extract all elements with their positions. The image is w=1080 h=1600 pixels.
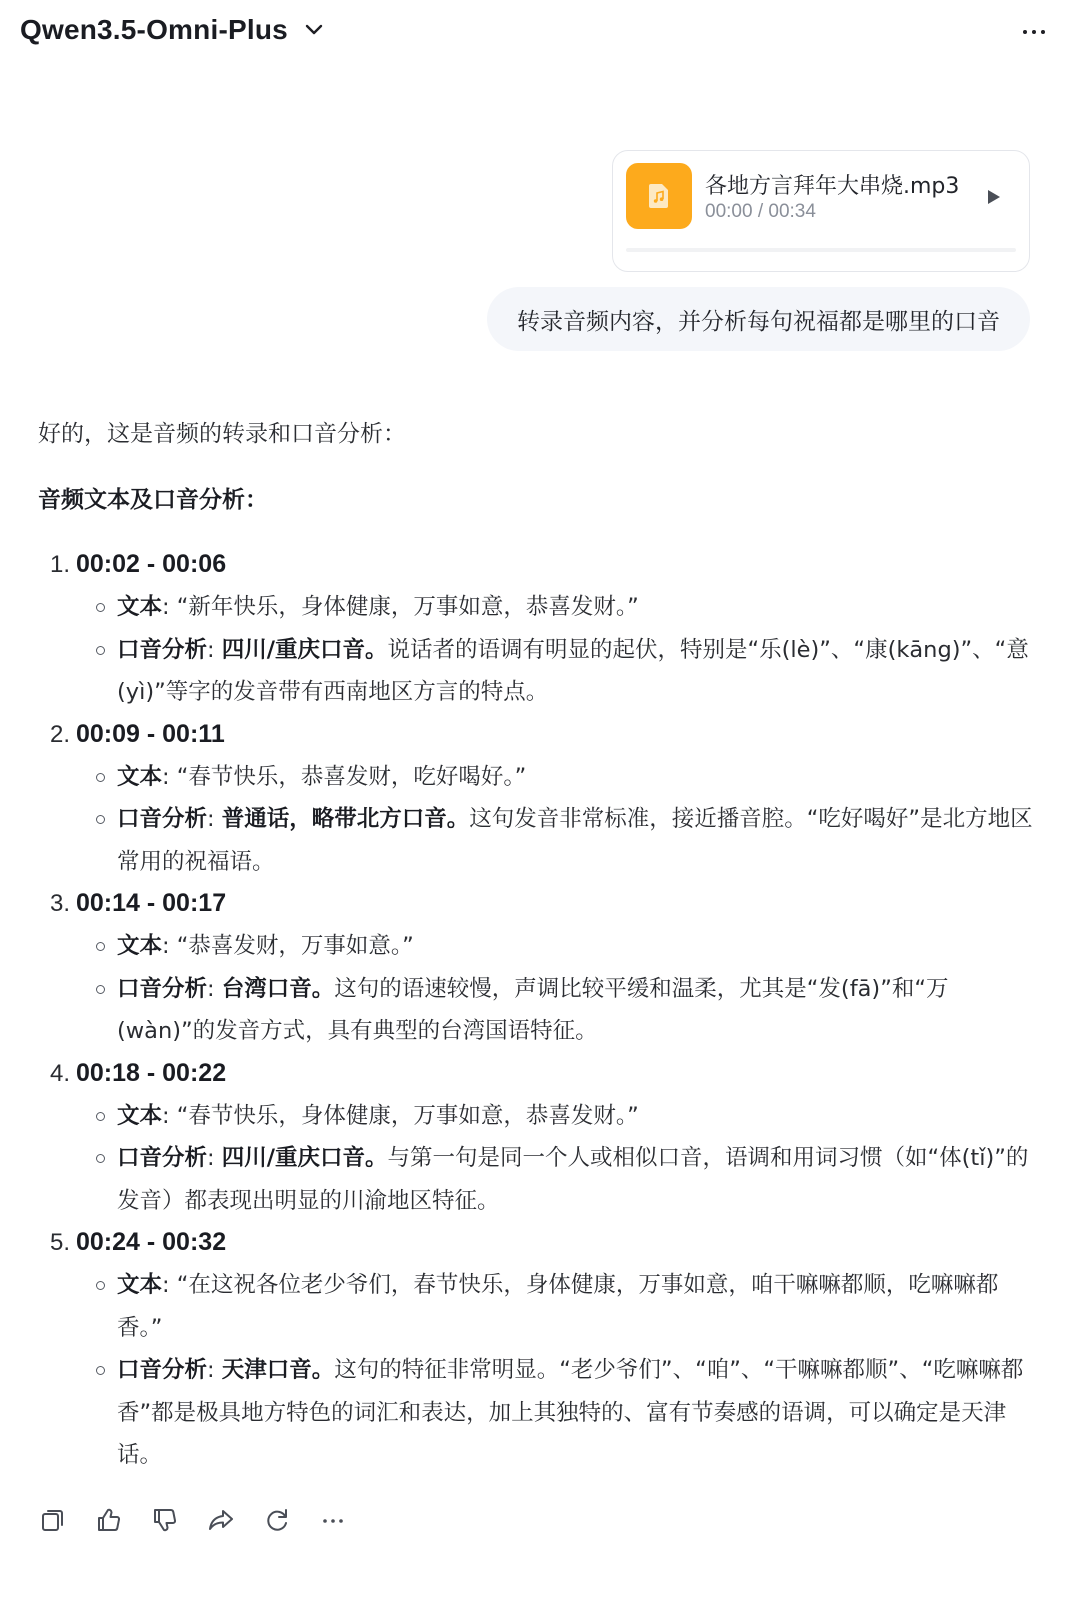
analysis-list: 1. 00:02 - 00:06 文本: “新年快乐，身体健康，万事如意，恭喜发…	[38, 544, 1038, 1477]
more-dot	[1041, 30, 1045, 34]
accent-name: 普通话，略带北方口音。	[222, 806, 470, 832]
bullet-label: 文本	[117, 764, 162, 790]
play-button[interactable]	[985, 187, 1003, 207]
item-number: 1.	[36, 545, 76, 585]
bullet-circle-icon	[96, 1366, 105, 1375]
audio-time-separator: /	[753, 201, 769, 222]
audio-progress-bar[interactable]	[626, 248, 1016, 252]
share-icon	[207, 1506, 235, 1534]
copy-button[interactable]	[38, 1505, 68, 1535]
bullet-label: 口音分析	[117, 806, 207, 832]
bullet-text: : “新年快乐，身体健康，万事如意，恭喜发财。”	[162, 594, 639, 620]
accent-bullet: 口音分析: 四川/重庆口音。说话者的语调有明显的起伏，特别是“乐(lè)”、“康…	[38, 629, 1038, 714]
item-timestamp: 00:14 - 00:17	[76, 883, 226, 923]
bullet-circle-icon	[96, 985, 105, 994]
bullet-circle-icon	[96, 1112, 105, 1121]
bullet-circle-icon	[96, 646, 105, 655]
bullet-label: 口音分析	[117, 1357, 207, 1383]
accent-bullet: 口音分析: 台湾口音。这句的语速较慢，声调比较平缓和温柔，尤其是“发(fā)”和…	[38, 968, 1038, 1053]
label-separator: :	[207, 976, 222, 1002]
bullet-circle-icon	[96, 1154, 105, 1163]
audio-file-name: 各地方言拜年大串烧.mp3	[705, 169, 959, 200]
audio-duration: 00:34	[768, 201, 816, 222]
section-title: 音频文本及口音分析：	[38, 478, 1038, 522]
text-bullet: 文本: “恭喜发财，万事如意。”	[38, 925, 1038, 968]
label-separator: :	[207, 1145, 222, 1171]
bullet-label: 口音分析	[117, 1145, 207, 1171]
accent-bullet: 口音分析: 天津口音。这句的特征非常明显。“老少爷们”、“咱”、“干嘛嘛都顺”、…	[38, 1349, 1038, 1477]
label-separator: :	[207, 806, 222, 832]
bullet-label: 文本	[117, 933, 162, 959]
accent-bullet: 口音分析: 普通话，略带北方口音。这句发音非常标准，接近播音腔。“吃好喝好”是北…	[38, 798, 1038, 883]
user-message-text: 转录音频内容，并分析每句祝福都是哪里的口音	[517, 303, 1000, 336]
accent-bullet: 口音分析: 四川/重庆口音。与第一句是同一个人或相似口音，语调和用词习惯（如“体…	[38, 1137, 1038, 1222]
text-bullet: 文本: “春节快乐，身体健康，万事如意，恭喜发财。”	[38, 1095, 1038, 1138]
bullet-label: 文本	[117, 1103, 162, 1129]
bullet-label: 口音分析	[117, 976, 207, 1002]
accent-name: 四川/重庆口音。	[222, 1145, 388, 1171]
bullet-text: : “恭喜发财，万事如意。”	[162, 933, 414, 959]
bullet-text: : “春节快乐，身体健康，万事如意，恭喜发财。”	[162, 1103, 639, 1129]
model-selector[interactable]: Qwen3.5-Omni-Plus	[20, 14, 324, 46]
list-item: 2. 00:09 - 00:11 文本: “春节快乐，恭喜发财，吃好喝好。” 口…	[38, 714, 1038, 884]
list-item: 5. 00:24 - 00:32 文本: “在这祝各位老少爷们，春节快乐，身体健…	[38, 1222, 1038, 1477]
bullet-label: 文本	[117, 1272, 162, 1298]
item-number: 5.	[36, 1223, 76, 1263]
copy-icon	[39, 1506, 67, 1534]
more-options-button[interactable]	[1016, 18, 1052, 46]
list-item: 3. 00:14 - 00:17 文本: “恭喜发财，万事如意。” 口音分析: …	[38, 883, 1038, 1053]
item-number: 2.	[36, 715, 76, 755]
audio-time: 00:00 / 00:34	[705, 201, 816, 223]
label-separator: :	[207, 1357, 222, 1383]
text-bullet: 文本: “新年快乐，身体健康，万事如意，恭喜发财。”	[38, 586, 1038, 629]
regenerate-button[interactable]	[262, 1505, 292, 1535]
accent-name: 四川/重庆口音。	[222, 637, 388, 663]
item-timestamp: 00:09 - 00:11	[76, 714, 225, 754]
list-item: 4. 00:18 - 00:22 文本: “春节快乐，身体健康，万事如意，恭喜发…	[38, 1053, 1038, 1223]
bullet-text: : “在这祝各位老少爷们，春节快乐，身体健康，万事如意，咱干嘛嘛都顺，吃嘛嘛都香…	[117, 1272, 998, 1341]
item-timestamp: 00:24 - 00:32	[76, 1222, 226, 1262]
dislike-button[interactable]	[150, 1505, 180, 1535]
thumbs-down-icon	[151, 1506, 179, 1534]
bullet-circle-icon	[96, 773, 105, 782]
text-bullet: 文本: “在这祝各位老少爷们，春节快乐，身体健康，万事如意，咱干嘛嘛都顺，吃嘛嘛…	[38, 1264, 1038, 1349]
item-timestamp: 00:02 - 00:06	[76, 544, 226, 584]
text-bullet: 文本: “春节快乐，恭喜发财，吃好喝好。”	[38, 756, 1038, 799]
bullet-circle-icon	[96, 1281, 105, 1290]
bullet-circle-icon	[96, 603, 105, 612]
accent-name: 台湾口音。	[222, 976, 335, 1002]
model-name: Qwen3.5-Omni-Plus	[20, 14, 288, 46]
accent-name: 天津口音。	[222, 1357, 335, 1383]
bullet-label: 口音分析	[117, 637, 207, 663]
message-actions	[38, 1505, 348, 1535]
answer-intro: 好的，这是音频的转录和口音分析：	[38, 412, 1038, 456]
item-number: 4.	[36, 1054, 76, 1094]
like-button[interactable]	[94, 1505, 124, 1535]
more-horizontal-icon	[319, 1506, 347, 1534]
chevron-down-icon	[304, 20, 324, 40]
bullet-circle-icon	[96, 942, 105, 951]
bullet-label: 文本	[117, 594, 162, 620]
audio-current-time: 00:00	[705, 201, 753, 222]
bullet-circle-icon	[96, 815, 105, 824]
label-separator: :	[207, 637, 222, 663]
item-number: 3.	[36, 884, 76, 924]
more-actions-button[interactable]	[318, 1505, 348, 1535]
item-timestamp: 00:18 - 00:22	[76, 1053, 226, 1093]
share-button[interactable]	[206, 1505, 236, 1535]
list-item: 1. 00:02 - 00:06 文本: “新年快乐，身体健康，万事如意，恭喜发…	[38, 544, 1038, 714]
assistant-message: 好的，这是音频的转录和口音分析： 音频文本及口音分析： 1. 00:02 - 0…	[38, 412, 1038, 1477]
music-file-icon	[626, 163, 692, 229]
refresh-icon	[263, 1506, 291, 1534]
more-dot	[1032, 30, 1036, 34]
thumbs-up-icon	[95, 1506, 123, 1534]
play-icon	[985, 187, 1003, 207]
bullet-text: : “春节快乐，恭喜发财，吃好喝好。”	[162, 764, 526, 790]
more-horizontal-icon	[1023, 30, 1027, 34]
user-message-bubble: 转录音频内容，并分析每句祝福都是哪里的口音	[487, 287, 1030, 351]
audio-attachment-card[interactable]: 各地方言拜年大串烧.mp3 00:00 / 00:34	[612, 150, 1030, 272]
top-bar: Qwen3.5-Omni-Plus	[0, 0, 1080, 70]
